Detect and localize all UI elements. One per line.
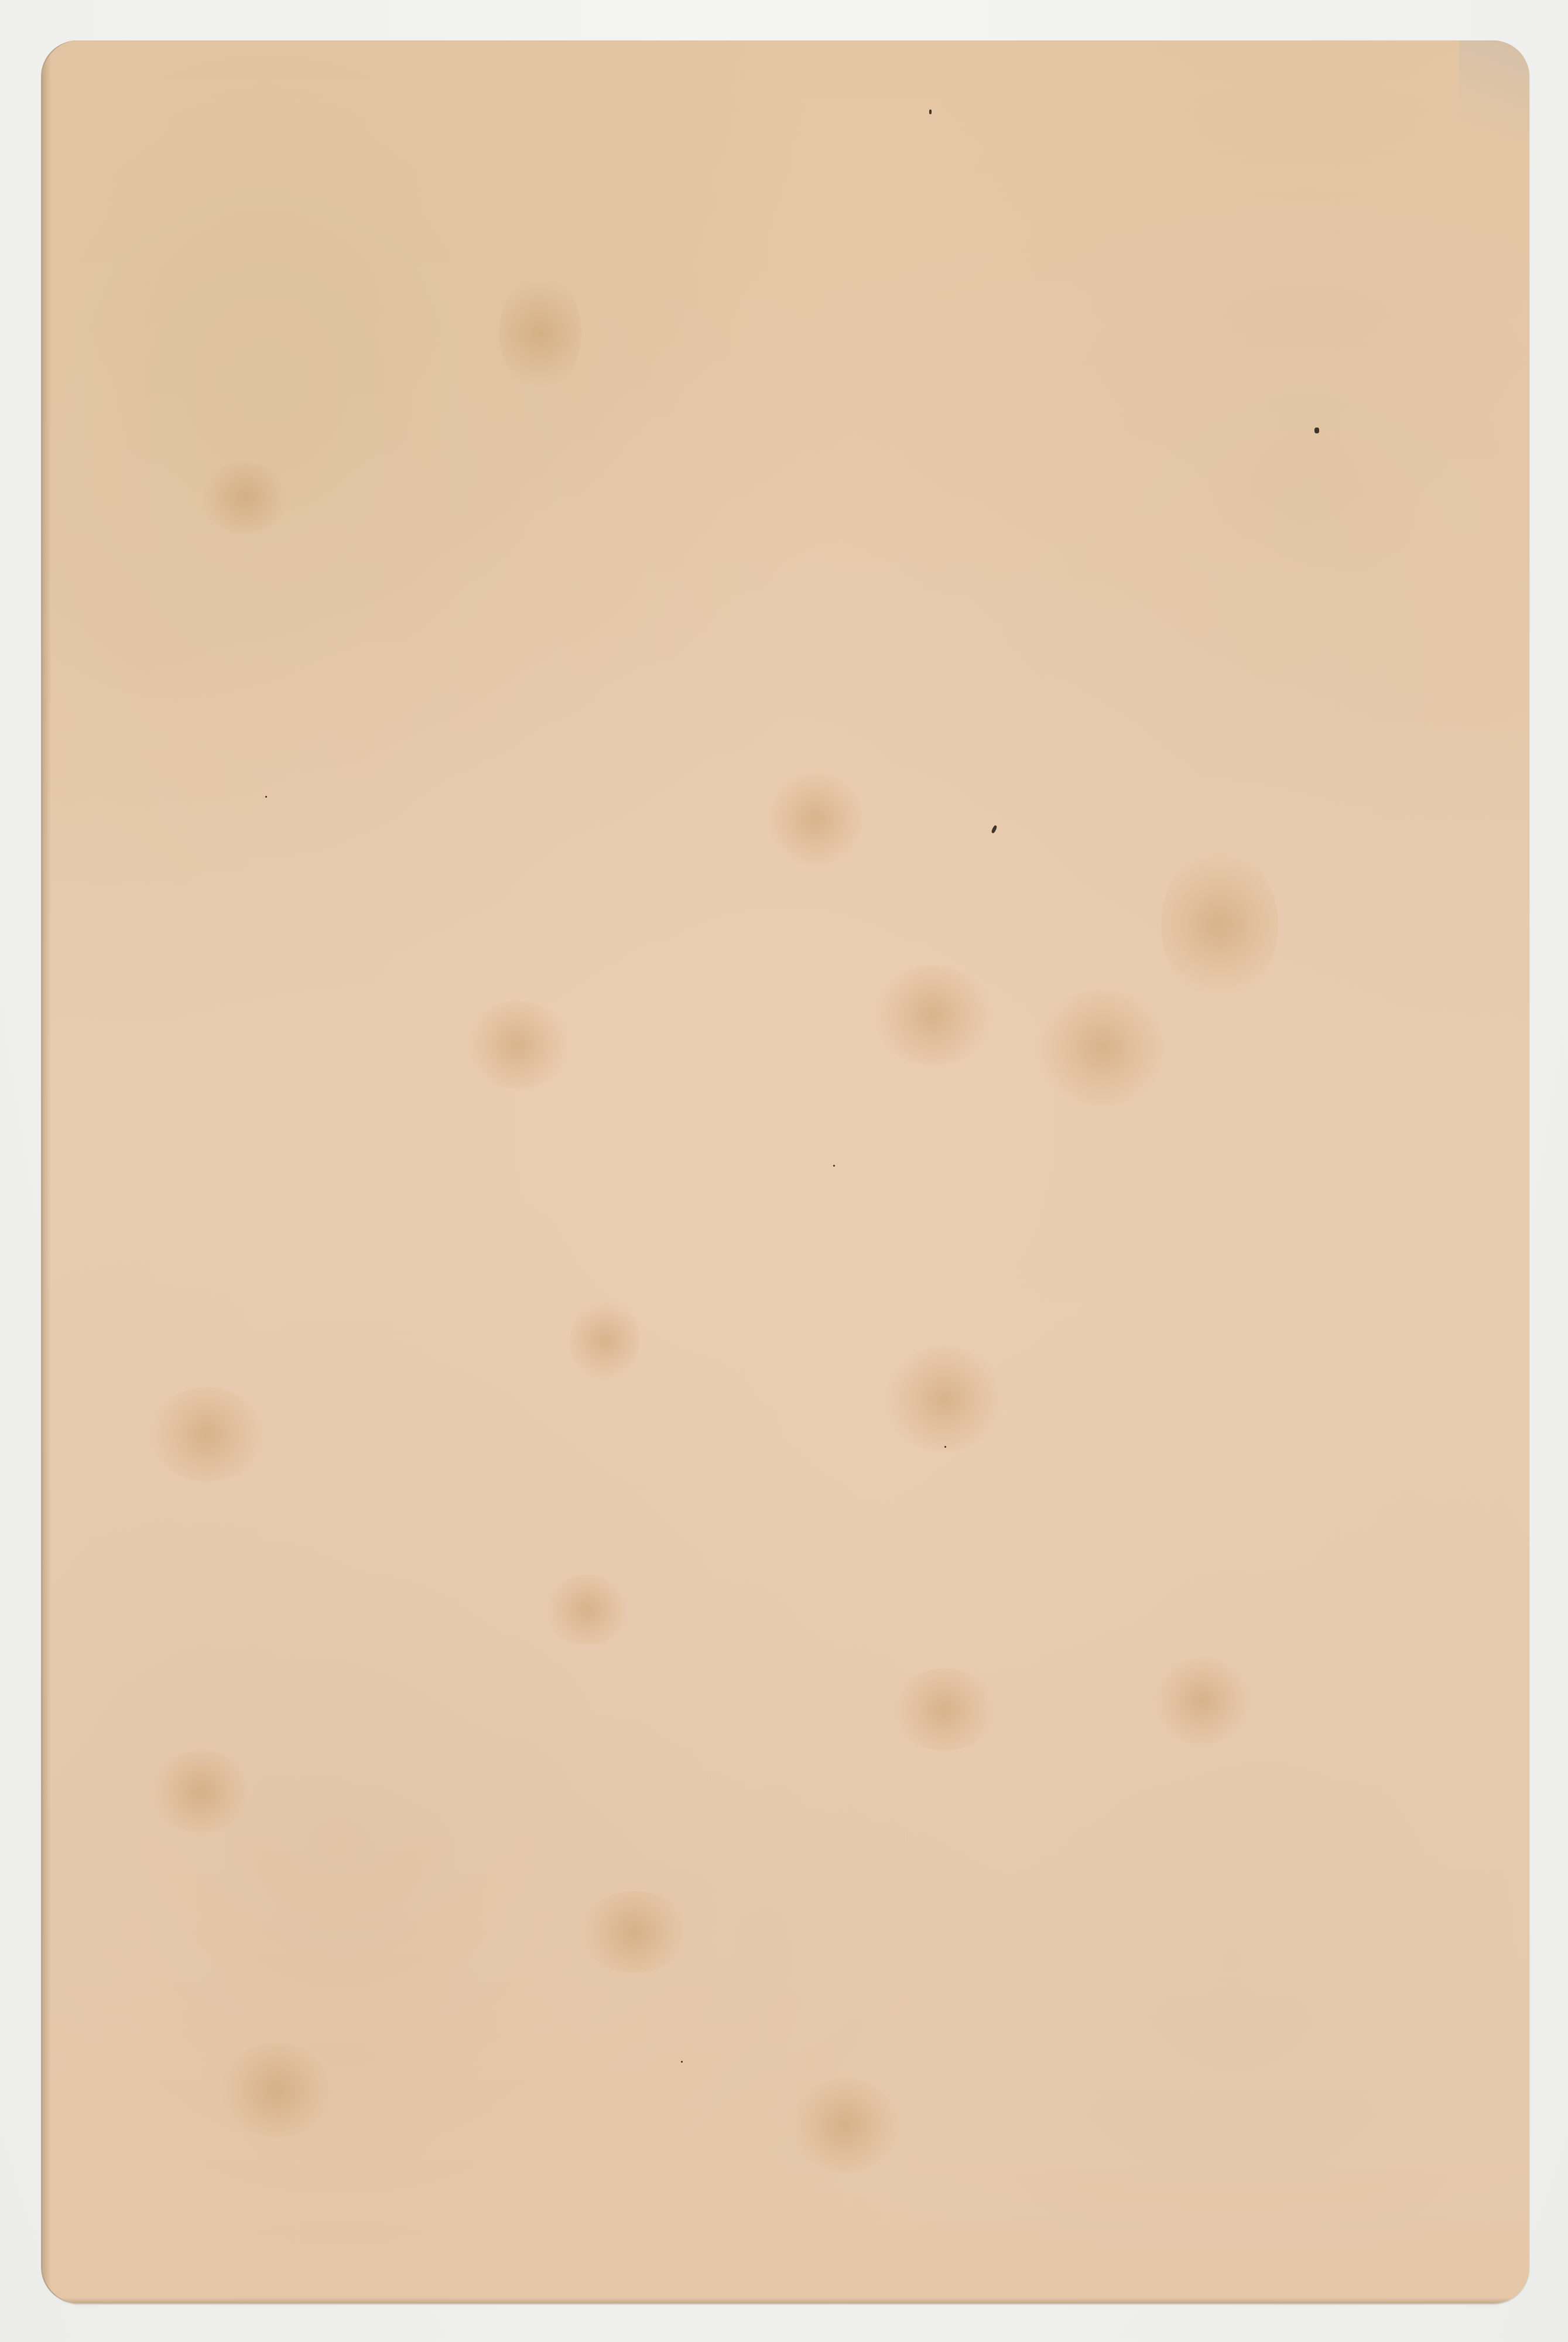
speck — [944, 1446, 946, 1448]
speck — [929, 110, 932, 114]
foxing-stain — [892, 1669, 997, 1750]
speck — [265, 796, 267, 798]
foxing-stain — [148, 1387, 265, 1481]
foxing-stain — [1038, 989, 1167, 1106]
foxing-stain — [874, 966, 991, 1065]
foxing-stain — [570, 1300, 640, 1382]
foxing-stain — [464, 1001, 570, 1089]
foxing-stain — [154, 1750, 248, 1832]
speck — [1314, 428, 1319, 433]
card-edge-shadow — [43, 40, 51, 2303]
foxing-stain — [886, 1346, 1003, 1452]
worn-corner — [1459, 40, 1529, 193]
cabinet-card-back — [43, 40, 1529, 2303]
card-edge-shadow — [43, 2297, 1529, 2303]
foxing-stain — [546, 1575, 628, 1645]
foxing-stain — [769, 772, 862, 866]
speck — [681, 2061, 683, 2063]
foxing-stain — [218, 2043, 335, 2137]
paper-tone — [43, 40, 1529, 2303]
foxing-stain — [499, 275, 581, 392]
foxing-stain — [201, 462, 289, 532]
foxing-stain — [792, 2078, 898, 2172]
foxing-stain — [1155, 1657, 1249, 1745]
foxing-stain — [581, 1891, 687, 1973]
foxing-stain — [1161, 849, 1278, 1001]
speck — [833, 1165, 835, 1167]
